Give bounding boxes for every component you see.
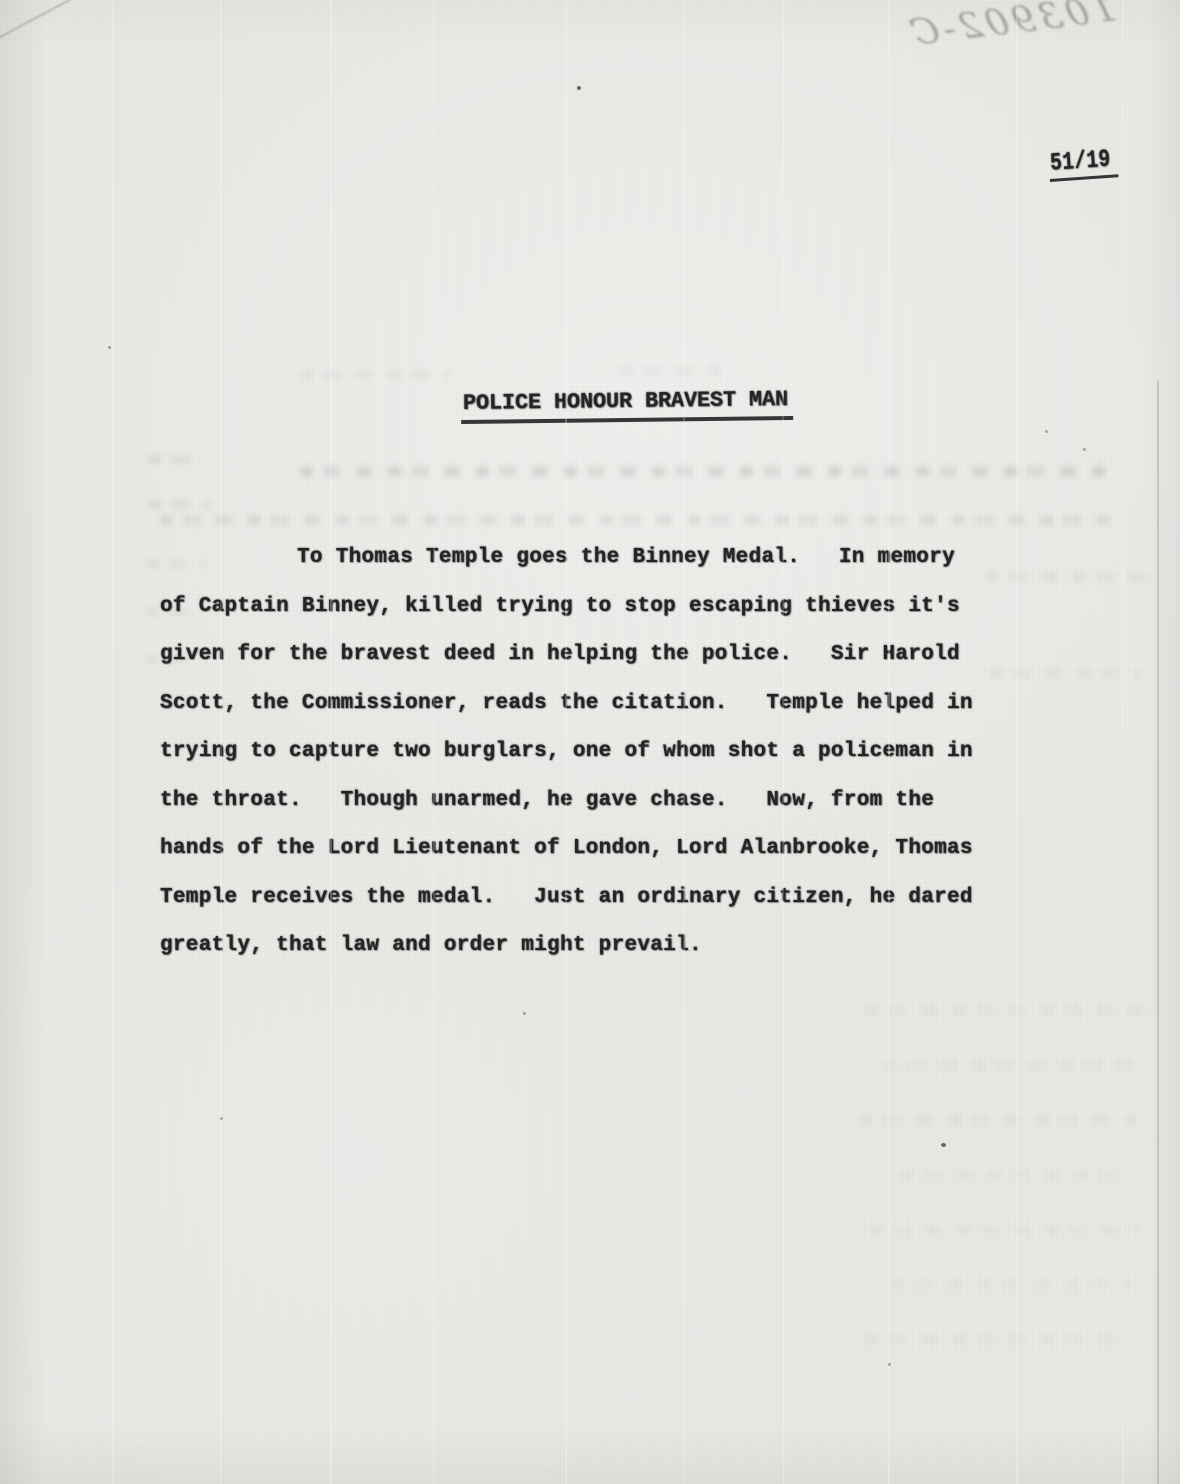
bleed-through-smudge (146, 608, 196, 617)
document-title: POLICE HONOUR BRAVEST MAN (461, 387, 793, 424)
bleed-through-smudge (865, 1335, 1125, 1345)
body-line: the throat. Though unarmed, he gave chas… (160, 777, 990, 826)
bleed-through-smudge (885, 1060, 1135, 1070)
bleed-through-smudge (146, 656, 191, 665)
body-line: trying to capture two burglars, one of w… (160, 728, 990, 777)
paper-streak (782, 0, 784, 1484)
paper-streak (1157, 380, 1159, 1484)
bleed-through-smudge (990, 668, 1140, 678)
body-line: hands of the Lord Lieutenant of London, … (160, 825, 990, 874)
bleed-through-smudge (148, 455, 203, 464)
bleed-through-smudge (300, 370, 450, 379)
bleed-through-smudge (160, 515, 1110, 525)
paper-speck (577, 86, 581, 90)
bleed-through-smudge (865, 1005, 1145, 1015)
paper-speck (1083, 448, 1086, 451)
paper-speck (1045, 430, 1048, 433)
page-reference-number: 51/19 (1048, 144, 1118, 182)
paper-speck (941, 1143, 946, 1147)
paper-streak (433, 0, 435, 1484)
reverse-side-pencil-marking: 103902-C (887, 0, 1124, 69)
paper-speck (523, 1012, 526, 1015)
body-text: To Thomas Temple goes the Binney Medal. … (160, 534, 990, 971)
body-line: given for the bravest deed in helping th… (160, 631, 990, 680)
paper-streak (1122, 0, 1124, 1484)
bleed-through-smudge (620, 366, 730, 375)
paper-streak (565, 0, 567, 1484)
bleed-through-smudge (300, 466, 1110, 477)
body-line: Temple receives the medal. Just an ordin… (160, 874, 990, 923)
bleed-through-smudge (985, 572, 1150, 582)
bleed-through-smudge (860, 1115, 1145, 1125)
body-line: To Thomas Temple goes the Binney Medal. … (160, 534, 990, 583)
paper-speck (108, 346, 111, 349)
paper-streak (330, 0, 332, 1484)
body-line: Scott, the Commissioner, reads the citat… (160, 680, 990, 729)
corner-crease (0, 0, 74, 45)
bleed-through-smudge (146, 560, 206, 569)
paper-streak (888, 0, 890, 1484)
paper-speck (888, 1363, 891, 1366)
paper-speck (220, 1117, 223, 1120)
paper-streak (1016, 0, 1018, 1484)
scanned-document-page: 103902-C 51/19 POLICE HONOUR BRAVEST MAN… (0, 0, 1180, 1484)
paper-streak (112, 0, 114, 1484)
bleed-through-smudge (890, 1280, 1130, 1290)
body-line: greatly, that law and order might prevai… (160, 922, 990, 971)
body-line: of Captain Binney, killed trying to stop… (160, 583, 990, 632)
bleed-through-smudge (148, 500, 210, 509)
bleed-through-smudge (900, 1170, 1130, 1180)
paper-streak (220, 0, 222, 1484)
paper-streak (683, 0, 685, 1484)
bleed-through-smudge (870, 1225, 1140, 1235)
